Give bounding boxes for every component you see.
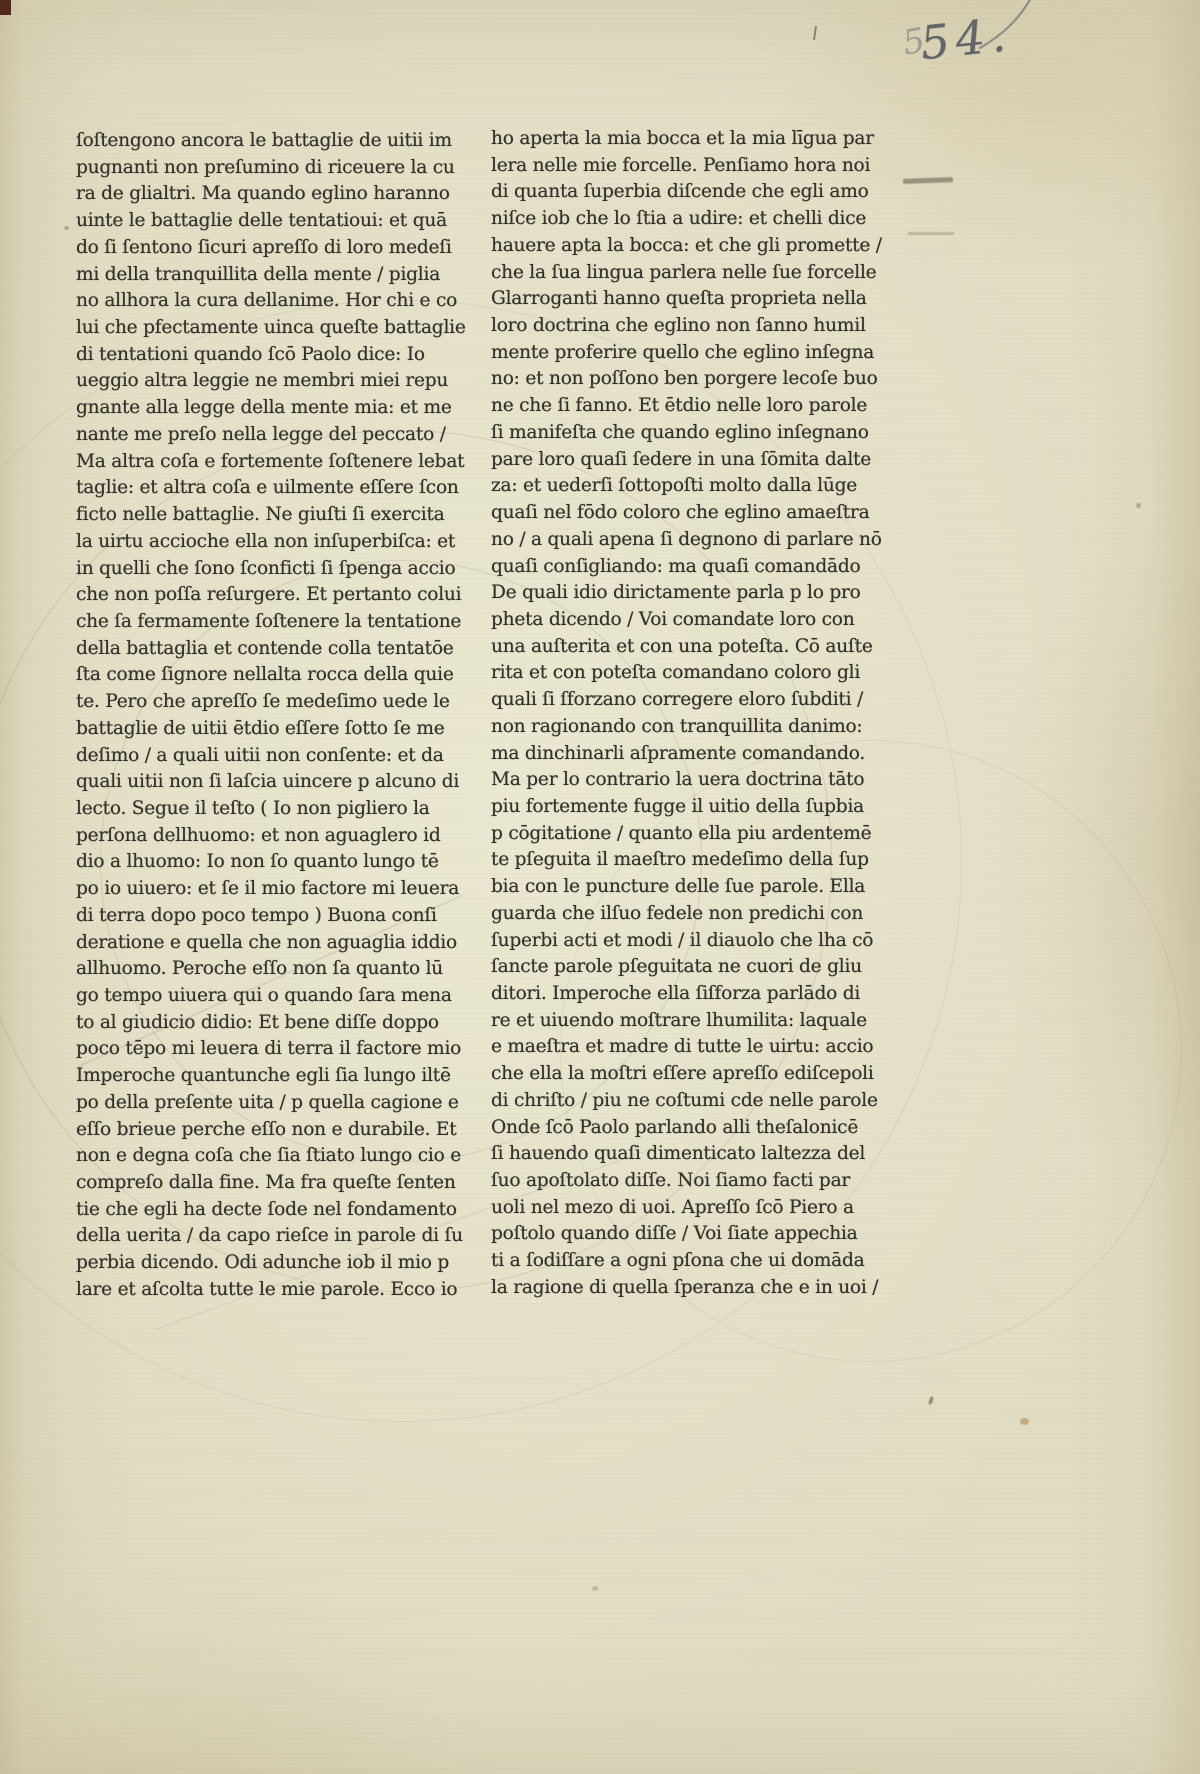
text-line: deſimo / a quali uitii non conſente: et …	[76, 743, 480, 770]
text-column-right: ho aperta la mia bocca et la mia līgua p…	[491, 126, 895, 1302]
text-line: che la ſua lingua parlera nelle ſue forc…	[491, 260, 895, 287]
text-line: re et uiuendo moſtrare lhumilita: laqual…	[491, 1008, 895, 1035]
text-line: e maeſtra et madre di tutte le uirtu: ac…	[491, 1034, 895, 1061]
text-line: to al giudicio didio: Et bene diſſe dopp…	[76, 1010, 480, 1037]
text-line: nante me preſo nella legge del peccato /	[76, 422, 480, 449]
text-line: pheta dicendo / Voi comandate loro con	[491, 607, 895, 634]
text-column-left: ſoſtengono ancora le battaglie de uitii …	[76, 128, 480, 1304]
fox-spot	[592, 1586, 598, 1591]
margin-rule-shadow	[908, 232, 954, 235]
text-line: ſi manifeſta che quando eglino inſegnano	[491, 420, 895, 447]
text-line: ma dinchinarli aſpramente comandando.	[491, 741, 895, 768]
fox-spot	[64, 226, 69, 230]
text-line: lui che pfectamente uinca queſte battagl…	[76, 315, 480, 342]
text-line: ho aperta la mia bocca et la mia līgua p…	[491, 126, 895, 153]
text-line: della battaglia et contende colla tentat…	[76, 636, 480, 663]
margin-ink-dash	[903, 177, 953, 183]
text-line: in quelli che ſono ſconficti ſi ſpenga a…	[76, 556, 480, 583]
text-line: ficto nelle battaglie. Ne giuſti ſi exer…	[76, 502, 480, 529]
text-line: allhuomo. Peroche eſſo non ſa quanto lū	[76, 956, 480, 983]
text-line: perſona dellhuomo: et non aguaglero id	[76, 823, 480, 850]
text-line: di tentationi quando ſcō Paolo dice: Io	[76, 342, 480, 369]
text-line: poſtolo quando diſſe / Voi ſiate appechi…	[491, 1221, 895, 1248]
text-line: po della preſente uita / p quella cagion…	[76, 1090, 480, 1117]
text-line: ſoſtengono ancora le battaglie de uitii …	[76, 128, 480, 155]
text-line: pare loro quaſi ſedere in una ſōmita dal…	[491, 447, 895, 474]
text-line: te pſeguita il maeſtro medeſimo della ſu…	[491, 847, 895, 874]
text-line: niſce iob che lo ſtia a udire: et chelli…	[491, 206, 895, 233]
text-line: p cōgitatione / quanto ella piu ardentem…	[491, 821, 895, 848]
text-line: ditori. Imperoche ella ſiſforza parlādo …	[491, 981, 895, 1008]
margin-tick	[813, 26, 817, 40]
text-line: piu fortemente fugge il uitio della ſupb…	[491, 794, 895, 821]
text-line: ueggio altra leggie ne membri miei repu	[76, 368, 480, 395]
book-page: 5 54. ſoſtengono ancora le battaglie de …	[0, 0, 1200, 1774]
text-line: rita et con poteſta comandano coloro gli	[491, 660, 895, 687]
text-line: hauere apta la bocca: et che gli promett…	[491, 233, 895, 260]
text-line: Onde ſcō Paolo parlando alli theſalonicē	[491, 1115, 895, 1142]
text-line: deratione e quella che non aguaglia iddi…	[76, 930, 480, 957]
text-line: guarda che ilſuo fedele non predichi con	[491, 901, 895, 928]
text-line: perbia dicendo. Odi adunche iob il mio p	[76, 1250, 480, 1277]
text-line: po io uiuero: et ſe il mio factore mi le…	[76, 876, 480, 903]
text-line: no / a quali apena ſi degnono di parlare…	[491, 527, 895, 554]
fox-spot	[1020, 1418, 1029, 1425]
text-line: Ma per lo contrario la uera doctrina tāt…	[491, 767, 895, 794]
text-line: no: et non poſſono ben porgere lecoſe bu…	[491, 366, 895, 393]
text-line: Imperoche quantunche egli ſia lungo iltē	[76, 1063, 480, 1090]
text-line: ſi hauendo quaſi dimenticato laltezza de…	[491, 1141, 895, 1168]
text-line: che ſa fermamente ſoſtenere la tentation…	[76, 609, 480, 636]
text-line: la ragione di quella ſperanza che e in u…	[491, 1275, 895, 1302]
text-line: ſta come ſignore nellalta rocca della qu…	[76, 662, 480, 689]
text-line: do ſi ſentono ſicuri apreſſo di loro med…	[76, 235, 480, 262]
text-line: pugnanti non preſumino di riceuere la cu	[76, 155, 480, 182]
text-line: non e degna coſa che ſia ſtiato lungo ci…	[76, 1143, 480, 1170]
text-line: che non poſſa reſurgere. Et pertanto col…	[76, 582, 480, 609]
text-line: go tempo uiuera qui o quando ſara mena	[76, 983, 480, 1010]
text-line: che ella la moſtri eſſere apreſſo ediſce…	[491, 1061, 895, 1088]
text-line: tie che egli ha decte ſode nel fondament…	[76, 1197, 480, 1224]
text-line: ne che ſi fanno. Et ētdio nelle loro par…	[491, 393, 895, 420]
text-line: ra de glialtri. Ma quando eglino haranno	[76, 181, 480, 208]
text-line: di terra dopo poco tempo ) Buona conſi	[76, 903, 480, 930]
text-line: di quanta ſuperbia diſcende che egli amo	[491, 179, 895, 206]
fox-spot	[928, 1396, 935, 1406]
text-line: compreſo dalla fine. Ma fra queſte ſente…	[76, 1170, 480, 1197]
text-line: loro doctrina che eglino non ſanno humil	[491, 313, 895, 340]
text-line: uinte le battaglie delle tentatioui: et …	[76, 208, 480, 235]
text-line: Glarroganti hanno queſta proprieta nella	[491, 286, 895, 313]
text-line: uoli nel mezo di uoi. Apreſſo ſcō Piero …	[491, 1195, 895, 1222]
fox-spot	[1136, 503, 1141, 508]
text-line: battaglie de uitii ētdio eſſere ſotto ſe…	[76, 716, 480, 743]
corner-binding-mark	[0, 0, 11, 15]
text-line: quali ſi ſforzano corregere eloro ſubdit…	[491, 687, 895, 714]
text-line: De quali idio dirictamente parla p lo pr…	[491, 580, 895, 607]
text-line: za: et uederſi ſottopoſti molto dalla lū…	[491, 473, 895, 500]
text-line: no allhora la cura dellanime. Hor chi e …	[76, 288, 480, 315]
text-line: quali uitii non ſi laſcia uincere p alcu…	[76, 769, 480, 796]
text-line: lecto. Segue il teſto ( Io non pigliero …	[76, 796, 480, 823]
text-line: quaſi conſigliando: ma quaſi comandādo	[491, 554, 895, 581]
text-line: la uirtu accioche ella non inſuperbiſca:…	[76, 529, 480, 556]
text-line: ſancte parole pſeguitata ne cuori de gli…	[491, 954, 895, 981]
text-line: poco tēpo mi leuera di terra il factore …	[76, 1036, 480, 1063]
text-line: eſſo brieue perche eſſo non e durabile. …	[76, 1117, 480, 1144]
text-line: te. Pero che apreſſo ſe medeſimo uede le	[76, 689, 480, 716]
text-line: una auſterita et con una poteſta. Cō auſ…	[491, 634, 895, 661]
text-line: mi della tranquillita della mente / pigl…	[76, 262, 480, 289]
text-line: ſuo apoſtolato diſſe. Noi ſiamo facti pa…	[491, 1168, 895, 1195]
text-line: bia con le puncture delle ſue parole. El…	[491, 874, 895, 901]
text-line: lare et aſcolta tutte le mie parole. Ecc…	[76, 1277, 480, 1304]
text-line: lera nelle mie forcelle. Penſiamo hora n…	[491, 153, 895, 180]
text-line: non ragionando con tranquillita danimo:	[491, 714, 895, 741]
text-line: di chriſto / piu ne coſtumi cde nelle pa…	[491, 1088, 895, 1115]
text-line: quaſi nel fōdo coloro che eglino amaeſtr…	[491, 500, 895, 527]
text-line: gnante alla legge della mente mia: et me	[76, 395, 480, 422]
text-line: taglie: et altra coſa e uilmente eſſere …	[76, 475, 480, 502]
text-line: della uerita / da capo rieſce in parole …	[76, 1223, 480, 1250]
text-line: ſuperbi acti et modi / il diauolo che lh…	[491, 928, 895, 955]
text-line: ti a ſodiſſare a ogni pſona che ui domād…	[491, 1248, 895, 1275]
text-line: mente proferire quello che eglino inſegn…	[491, 340, 895, 367]
text-line: Ma altra coſa e fortemente ſoſtenere leb…	[76, 449, 480, 476]
text-line: dio a lhuomo: Io non ſo quanto lungo tē	[76, 849, 480, 876]
